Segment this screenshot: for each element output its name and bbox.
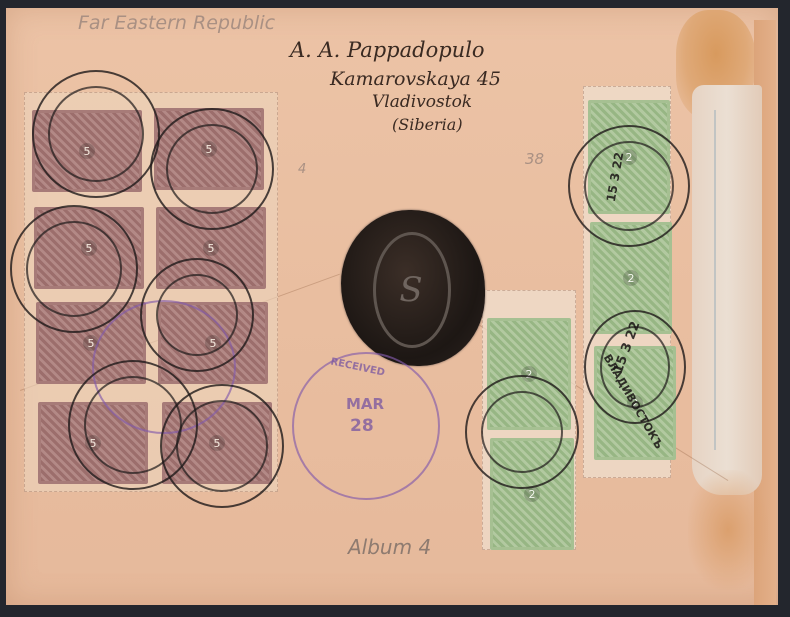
torn-paper-strip xyxy=(692,85,762,495)
postmark xyxy=(160,384,284,508)
postmark xyxy=(465,375,579,489)
postmark xyxy=(150,108,274,230)
sender-city: Vladivostok xyxy=(372,92,472,112)
pencil-note-number: 4 xyxy=(298,162,306,177)
seal-monogram: S xyxy=(391,270,431,310)
pencil-note-number: 38 xyxy=(525,150,544,168)
water-stain-bottom xyxy=(688,470,768,590)
sender-street: Kamarovskaya 45 xyxy=(330,68,501,90)
sender-region: (Siberia) xyxy=(392,115,463,134)
postmark xyxy=(568,125,690,247)
receiving-month: MAR xyxy=(346,395,384,413)
receiving-day: 28 xyxy=(350,416,374,436)
postmark xyxy=(140,258,254,372)
strip-fold-line xyxy=(714,110,716,450)
pencil-note-album: Album 4 xyxy=(348,535,431,559)
postmark xyxy=(10,205,138,333)
postmark xyxy=(32,70,160,198)
pencil-note-origin: Far Eastern Republic xyxy=(78,12,275,34)
sender-name: A. A. Pappadopulo xyxy=(290,38,485,62)
